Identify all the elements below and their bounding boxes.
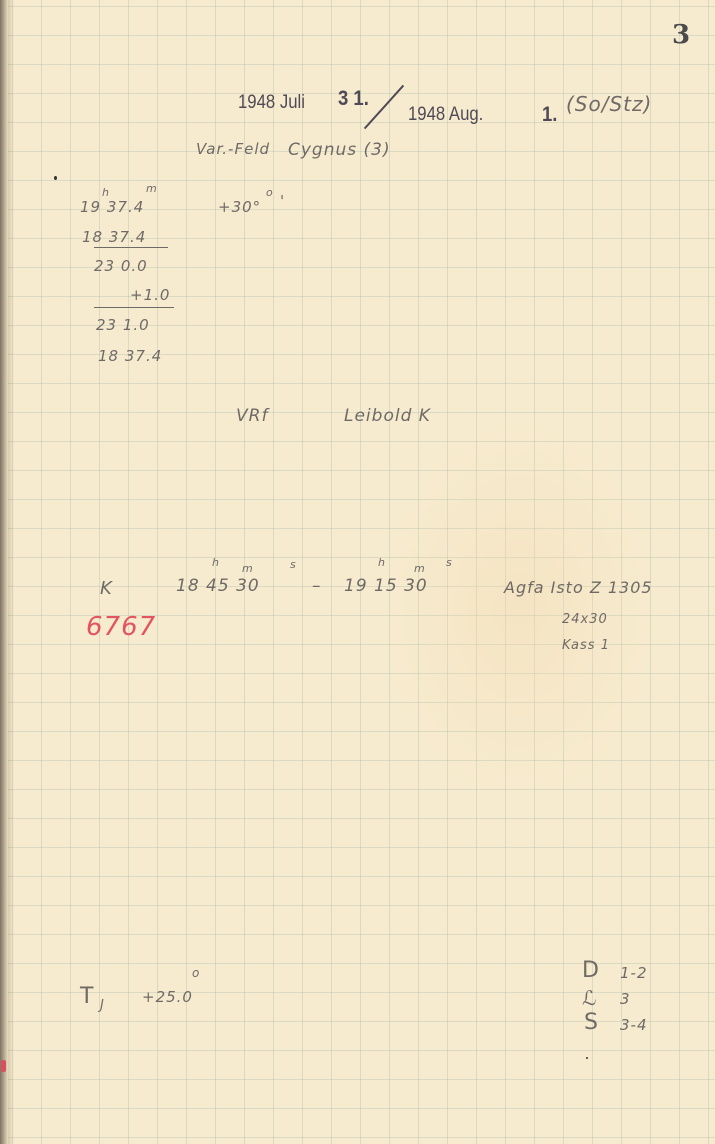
coord-row-5: 23 1.0 bbox=[96, 316, 150, 334]
exposure-dash: – bbox=[312, 576, 322, 596]
red-edge-mark bbox=[1, 1060, 6, 1072]
date-stamp-start: 1948 Juli bbox=[238, 92, 305, 114]
notebook-page: 3 1948 Juli 3 1. 1948 Aug. 1. (So/Stz) V… bbox=[0, 0, 715, 1144]
end-hour-unit: h bbox=[378, 556, 385, 569]
page-binding-edge bbox=[0, 0, 8, 1144]
end-minute-unit: m bbox=[414, 562, 425, 575]
condition-symbol-d: D bbox=[582, 958, 599, 983]
exposure-instrument-mark: K bbox=[100, 578, 113, 599]
coord-row-4: +1.0 bbox=[130, 286, 170, 304]
paper-stain bbox=[380, 420, 660, 800]
temperature-value: +25.0 bbox=[142, 988, 193, 1006]
condition-value-1: 1-2 bbox=[620, 964, 648, 982]
date-stamp-start-day: 3 1. bbox=[338, 87, 369, 111]
field-name: Cygnus (3) bbox=[288, 140, 391, 160]
ink-dot bbox=[54, 176, 57, 180]
exposure-end: 19 15 30 bbox=[344, 576, 428, 596]
underline-rule bbox=[94, 247, 168, 248]
condition-value-3: 3-4 bbox=[620, 1016, 648, 1034]
dec-minute-mark: ' bbox=[280, 192, 285, 210]
exposure-start: 18 45 30 bbox=[176, 576, 260, 596]
pencil-dot bbox=[586, 1057, 588, 1059]
temperature-label: T bbox=[80, 984, 94, 1009]
condition-symbol-s: S bbox=[584, 1010, 598, 1035]
coord-row-2: 18 37.4 bbox=[82, 228, 146, 246]
temperature-degree-mark: o bbox=[192, 966, 199, 980]
date-stamp-end: 1948 Aug. bbox=[408, 104, 483, 126]
field-label: Var.-Feld bbox=[196, 140, 270, 158]
date-stamp-end-day: 1. bbox=[542, 103, 557, 127]
coord-row-6: 18 37.4 bbox=[98, 347, 162, 365]
declination: +30° bbox=[218, 198, 261, 216]
binding-shadow bbox=[8, 0, 14, 1144]
coord-row-1: 19 37.4 bbox=[80, 198, 144, 216]
plate-number: 6767 bbox=[86, 612, 156, 642]
plate-size: 24x30 bbox=[562, 612, 608, 627]
start-second-unit: s bbox=[290, 558, 296, 571]
start-hour-unit: h bbox=[212, 556, 219, 569]
page-number: 3 bbox=[672, 20, 690, 50]
telescope-name: Leibold K bbox=[344, 406, 431, 426]
end-second-unit: s bbox=[446, 556, 452, 569]
temperature-subscript: J bbox=[100, 998, 105, 1013]
observer-initials: (So/Stz) bbox=[566, 92, 652, 116]
ra-minute-superscript: m bbox=[146, 182, 157, 195]
cassette: Kass 1 bbox=[562, 638, 610, 653]
condition-value-2: 3 bbox=[620, 990, 631, 1008]
coord-row-3: 23 0.0 bbox=[94, 257, 148, 275]
plate-type: Agfa Isto Z 1305 bbox=[504, 578, 653, 597]
sum-rule bbox=[94, 307, 174, 308]
date-separator-slash bbox=[364, 85, 404, 129]
dec-degree-mark: o bbox=[266, 186, 273, 199]
instrument-label: VRf bbox=[236, 406, 268, 426]
condition-symbol-l: ℒ bbox=[582, 986, 596, 1010]
start-minute-unit: m bbox=[242, 562, 253, 575]
